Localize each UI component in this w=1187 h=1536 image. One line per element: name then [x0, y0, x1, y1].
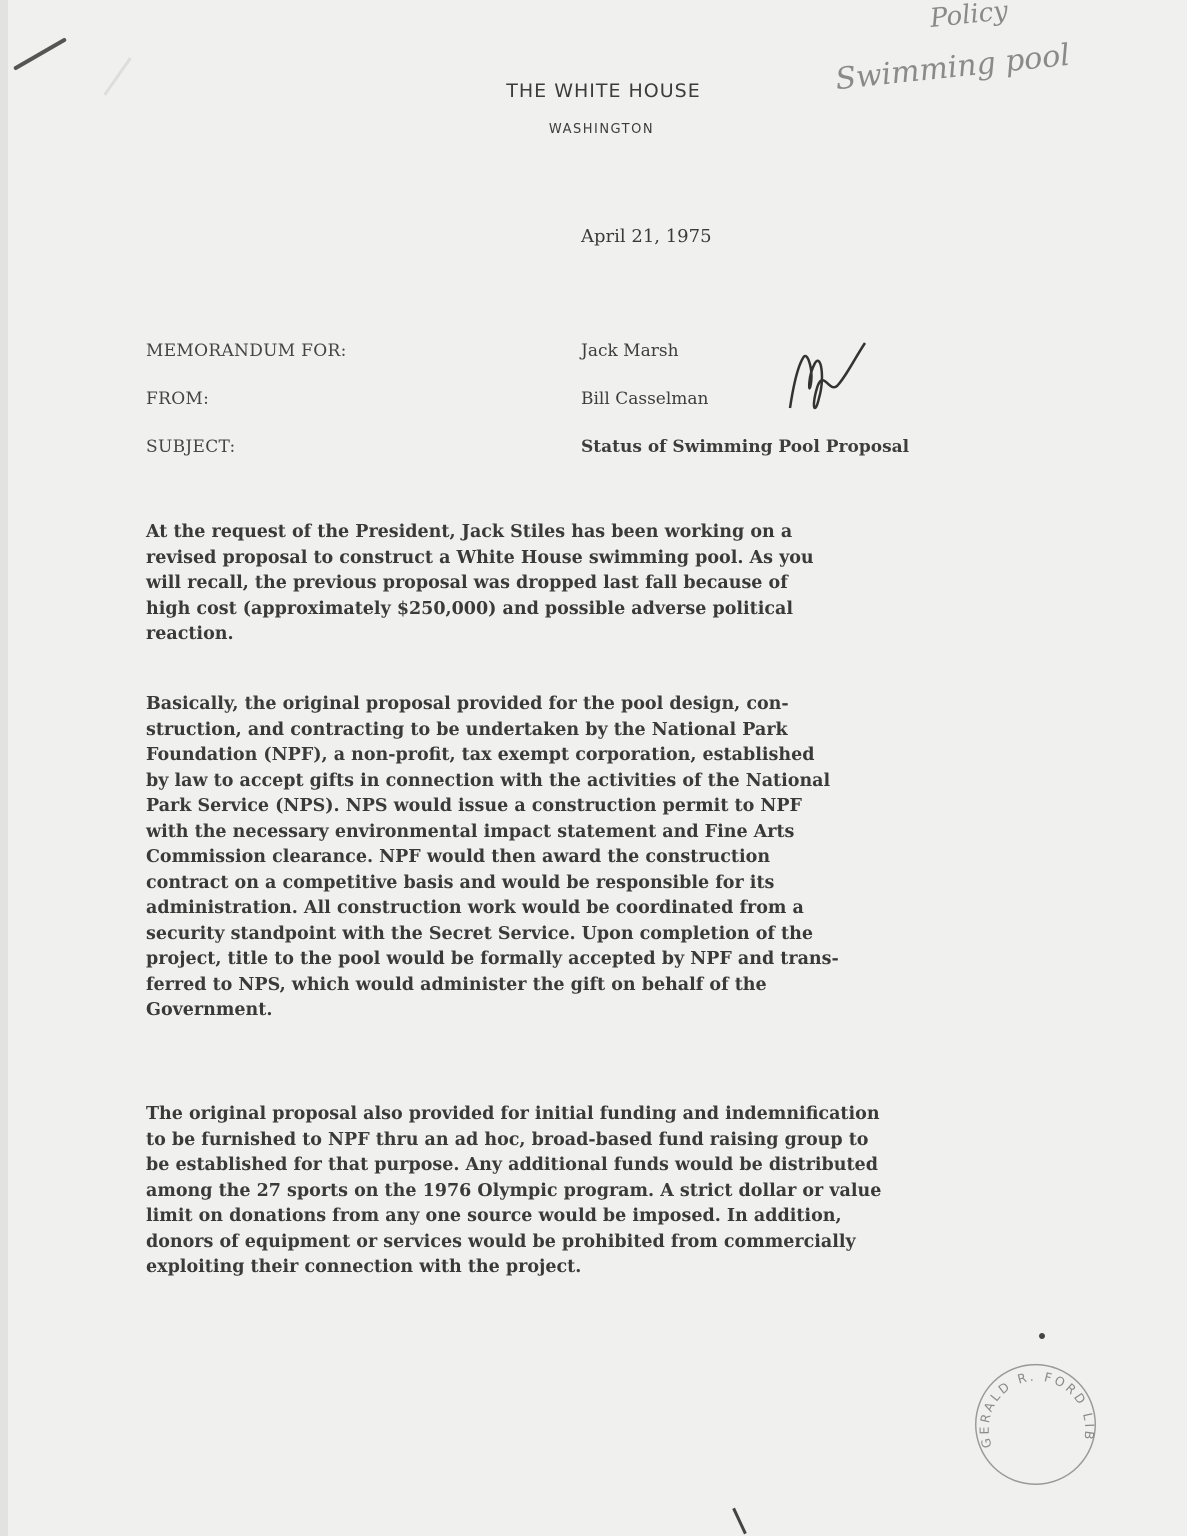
text-line: by law to accept gifts in connection wit…: [146, 769, 1156, 795]
from-value: Bill Casselman: [581, 389, 709, 409]
paragraph-2: Basically, the original proposal provide…: [146, 692, 1156, 1024]
memo-for-value: Jack Marsh: [581, 341, 679, 361]
text-line: Foundation (NPF), a non-profit, tax exem…: [146, 743, 1156, 769]
memo-page: THE WHITE HOUSE WASHINGTON Policy Swimmi…: [0, 0, 1187, 1536]
text-line: At the request of the President, Jack St…: [146, 520, 1156, 546]
library-stamp: GERALD R. FORD LIBRARY: [968, 1355, 1103, 1490]
subject-value: Status of Swimming Pool Proposal: [581, 437, 909, 457]
text-line: Park Service (NPS). NPS would issue a co…: [146, 794, 1156, 820]
handwritten-note-policy: Policy: [929, 0, 1010, 34]
text-line: project, title to the pool would be form…: [146, 947, 1156, 973]
text-line: be established for that purpose. Any add…: [146, 1153, 1156, 1179]
text-line: contract on a competitive basis and woul…: [146, 871, 1156, 897]
text-line: administration. All construction work wo…: [146, 896, 1156, 922]
text-line: Commission clearance. NPF would then awa…: [146, 845, 1156, 871]
text-line: among the 27 sports on the 1976 Olympic …: [146, 1179, 1156, 1205]
text-line: struction, and contracting to be underta…: [146, 718, 1156, 744]
from-label: FROM:: [146, 389, 209, 409]
text-line: The original proposal also provided for …: [146, 1102, 1156, 1128]
text-line: security standpoint with the Secret Serv…: [146, 922, 1156, 948]
letterhead-title: THE WHITE HOUSE: [10, 80, 1187, 102]
text-line: high cost (approximately $250,000) and p…: [146, 597, 1156, 623]
ink-dot: [1039, 1333, 1045, 1339]
memo-date: April 21, 1975: [581, 226, 712, 247]
text-line: exploiting their connection with the pro…: [146, 1255, 1156, 1281]
text-line: Basically, the original proposal provide…: [146, 692, 1156, 718]
svg-text:GERALD R. FORD LIBRARY: GERALD R. FORD LIBRARY: [968, 1355, 1097, 1450]
text-line: reaction.: [146, 622, 1156, 648]
text-line: limit on donations from any one source w…: [146, 1204, 1156, 1230]
letterhead-subtitle: WASHINGTON: [8, 122, 1187, 137]
text-line: donors of equipment or services would be…: [146, 1230, 1156, 1256]
text-line: with the necessary environmental impact …: [146, 820, 1156, 846]
paragraph-3: The original proposal also provided for …: [146, 1102, 1156, 1281]
text-line: Government.: [146, 998, 1156, 1024]
text-line: to be furnished to NPF thru an ad hoc, b…: [146, 1128, 1156, 1154]
text-line: revised proposal to construct a White Ho…: [146, 546, 1156, 572]
subject-label: SUBJECT:: [146, 437, 236, 457]
pen-mark: [13, 37, 67, 70]
scan-edge: [0, 0, 8, 1536]
memo-for-label: MEMORANDUM FOR:: [146, 341, 347, 361]
text-line: will recall, the previous proposal was d…: [146, 571, 1156, 597]
text-line: ferred to NPS, which would administer th…: [146, 973, 1156, 999]
paragraph-1: At the request of the President, Jack St…: [146, 520, 1156, 648]
pen-mark-bottom: [732, 1508, 747, 1535]
signature-initials: [785, 338, 905, 418]
